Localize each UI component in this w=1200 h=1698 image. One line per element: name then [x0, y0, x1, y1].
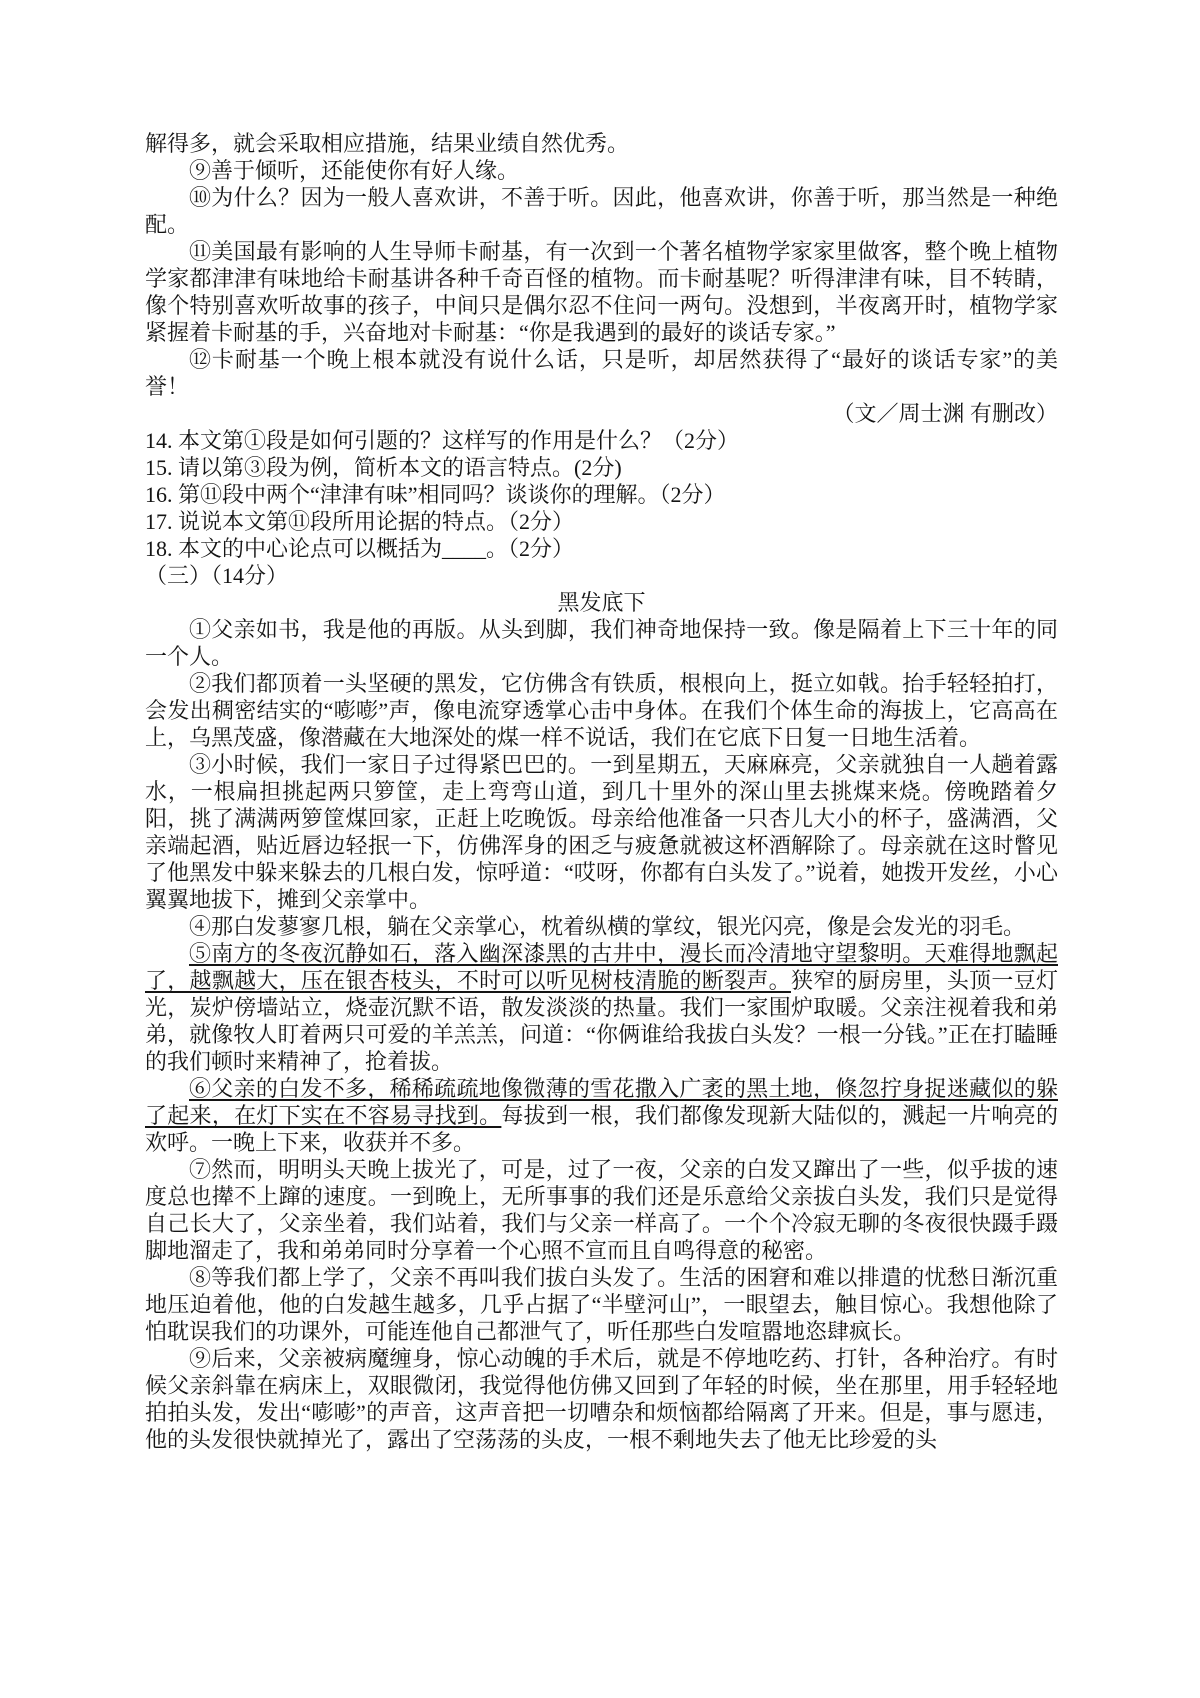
text-run: ①父亲如书，我是他的再版。从头到脚，我们神奇地保持一致。像是隔着上下三十年的同一… — [145, 617, 1058, 669]
text-run: ⑨后来，父亲被病魔缠身，惊心动魄的手术后，就是不停地吃药、打针，各种治疗。有时候… — [145, 1346, 1058, 1452]
essay-paragraph: ①父亲如书，我是他的再版。从头到脚，我们神奇地保持一致。像是隔着上下三十年的同一… — [145, 616, 1058, 670]
text-run: 解得多，就会采取相应措施，结果业绩自然优秀。 — [145, 131, 629, 156]
question-item: 15. 请以第③段为例，简析本文的语言特点。(2分) — [145, 454, 1058, 481]
text-run: ⑩为什么？因为一般人喜欢讲，不善于听。因此，他喜欢讲，你善于听，那当然是一种绝配… — [145, 185, 1058, 237]
article1-paragraphs: 解得多，就会采取相应措施，结果业绩自然优秀。⑨善于倾听，还能使你有好人缘。⑩为什… — [145, 130, 1058, 400]
text-run: ⑪美国最有影响的人生导师卡耐基，有一次到一个著名植物学家家里做客，整个晚上植物学… — [145, 239, 1058, 345]
article-paragraph: ⑫卡耐基一个晚上根本就没有说什么话，只是听，却居然获得了“最好的谈话专家”的美誉… — [145, 346, 1058, 400]
section-header: （三）（14分） — [145, 562, 1058, 589]
essay-paragraph: ⑧等我们都上学了，父亲不再叫我们拔白头发了。生活的困窘和难以排遣的忧愁日渐沉重地… — [145, 1264, 1058, 1345]
question-item: 17. 说说本文第⑪段所用论据的特点。（2分） — [145, 508, 1058, 535]
text-run: ④那白发蓼寥几根，躺在父亲掌心，枕着纵横的掌纹，银光闪亮，像是会发光的羽毛。 — [189, 914, 1025, 939]
text-run: ⑧等我们都上学了，父亲不再叫我们拔白头发了。生活的困窘和难以排遣的忧愁日渐沉重地… — [145, 1265, 1058, 1344]
essay-paragraph: ②我们都顶着一头坚硬的黑发，它仿佛含有铁质，根根向上，挺立如戟。抬手轻轻拍打，会… — [145, 670, 1058, 751]
article-paragraph: 解得多，就会采取相应措施，结果业绩自然优秀。 — [145, 130, 1058, 157]
text-run: ②我们都顶着一头坚硬的黑发，它仿佛含有铁质，根根向上，挺立如戟。抬手轻轻拍打，会… — [145, 671, 1058, 750]
text-run: ③小时候，我们一家日子过得紧巴巴的。一到星期五，天麻麻亮，父亲就独自一人趟着露水… — [145, 752, 1058, 912]
question-list: 14. 本文第①段是如何引题的？这样写的作用是什么？（2分）15. 请以第③段为… — [145, 427, 1058, 562]
question-item: 16. 第⑪段中两个“津津有味”相同吗？谈谈你的理解。（2分） — [145, 481, 1058, 508]
essay-title: 黑发底下 — [145, 589, 1058, 616]
text-run: ⑨善于倾听，还能使你有好人缘。 — [189, 158, 519, 183]
exam-page: 解得多，就会采取相应措施，结果业绩自然优秀。⑨善于倾听，还能使你有好人缘。⑩为什… — [0, 0, 1200, 1698]
essay-paragraph: ④那白发蓼寥几根，躺在父亲掌心，枕着纵横的掌纹，银光闪亮，像是会发光的羽毛。 — [145, 913, 1058, 940]
essay-paragraph: ⑨后来，父亲被病魔缠身，惊心动魄的手术后，就是不停地吃药、打针，各种治疗。有时候… — [145, 1345, 1058, 1453]
question-item: 14. 本文第①段是如何引题的？这样写的作用是什么？（2分） — [145, 427, 1058, 454]
attribution: （文／周士渊 有删改） — [145, 400, 1058, 427]
essay-paragraphs: ①父亲如书，我是他的再版。从头到脚，我们神奇地保持一致。像是隔着上下三十年的同一… — [145, 616, 1058, 1453]
article-paragraph: ⑩为什么？因为一般人喜欢讲，不善于听。因此，他喜欢讲，你善于听，那当然是一种绝配… — [145, 184, 1058, 238]
essay-paragraph: ③小时候，我们一家日子过得紧巴巴的。一到星期五，天麻麻亮，父亲就独自一人趟着露水… — [145, 751, 1058, 913]
text-run: ⑦然而，明明头天晚上拔光了，可是，过了一夜，父亲的白发又蹿出了一些，似乎拔的速度… — [145, 1157, 1058, 1263]
essay-paragraph: ⑤南方的冬夜沉静如石，落入幽深漆黑的古井中，漫长而冷清地守望黎明。天难得地飘起了… — [145, 940, 1058, 1075]
article-paragraph: ⑪美国最有影响的人生导师卡耐基，有一次到一个著名植物学家家里做客，整个晚上植物学… — [145, 238, 1058, 346]
essay-paragraph: ⑦然而，明明头天晚上拔光了，可是，过了一夜，父亲的白发又蹿出了一些，似乎拔的速度… — [145, 1156, 1058, 1264]
text-run: ⑫卡耐基一个晚上根本就没有说什么话，只是听，却居然获得了“最好的谈话专家”的美誉… — [145, 347, 1058, 399]
essay-paragraph: ⑥父亲的白发不多，稀稀疏疏地像微薄的雪花撒入广袤的黑土地，倏忽拧身捉迷藏似的躲了… — [145, 1075, 1058, 1156]
article-paragraph: ⑨善于倾听，还能使你有好人缘。 — [145, 157, 1058, 184]
question-item: 18. 本文的中心论点可以概括为____。（2分） — [145, 535, 1058, 562]
